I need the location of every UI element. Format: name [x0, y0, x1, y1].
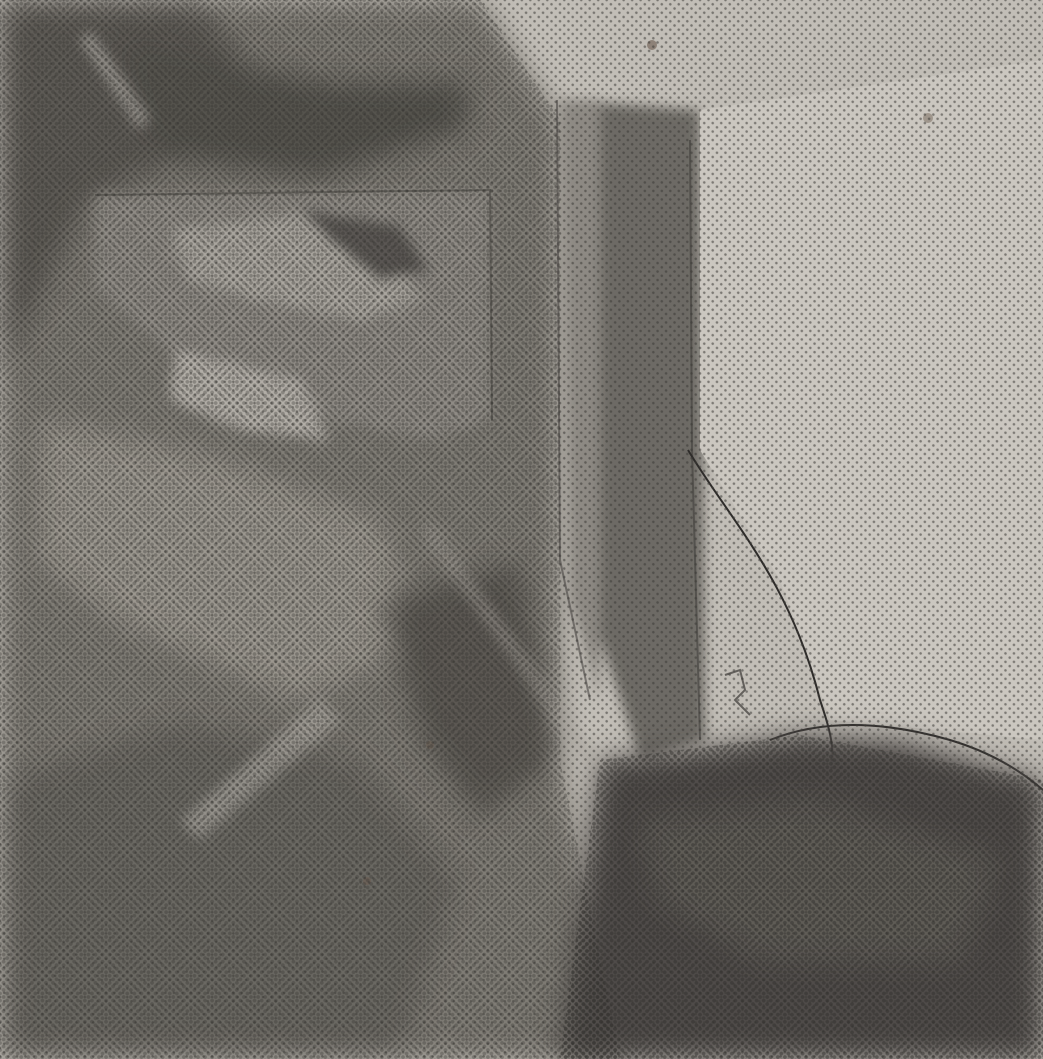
photo-canvas	[0, 0, 1043, 1059]
halftone-photograph: Grainy black-and-white halftone newspape…	[0, 0, 1043, 1059]
halftone-overlay-dark	[0, 0, 620, 1059]
halftone-overlay-dark	[560, 735, 1043, 1059]
